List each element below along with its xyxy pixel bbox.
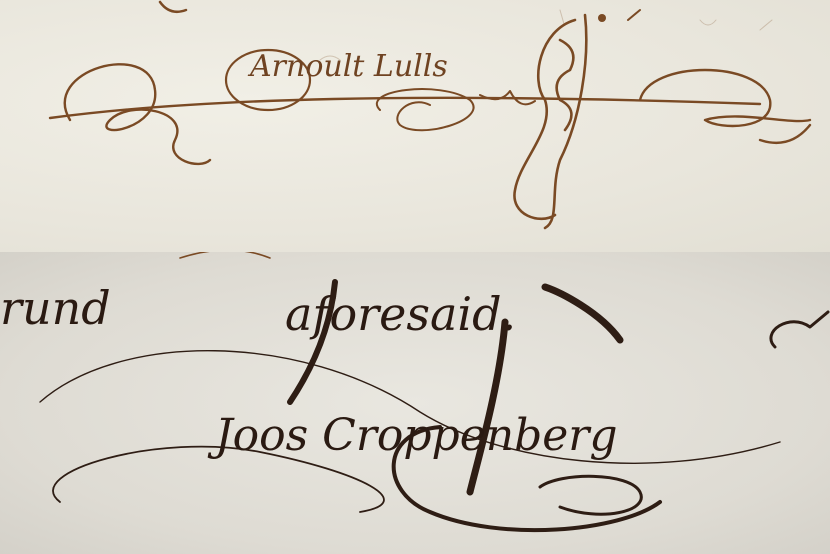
text-fragment: rund [0,281,111,335]
top-signature-panel: Arnoult Lulls Arnoult Lulls [0,0,830,252]
bottom-signature-panel: Joos Croppenberg rund aforesaid. Joos Cr… [0,252,830,554]
bottom-signature-strokes: rund aforesaid. Joos Croppenberg [0,252,830,554]
top-signature-strokes: Arnoult Lulls [0,0,830,252]
top-signature-name: Arnoult Lulls [247,49,448,84]
signature-image: Arnoult Lulls Arnoult Lulls Joos [0,0,830,554]
text-aforesaid: aforesaid. [285,287,516,341]
bottom-signature-name: Joos Croppenberg [207,410,618,461]
